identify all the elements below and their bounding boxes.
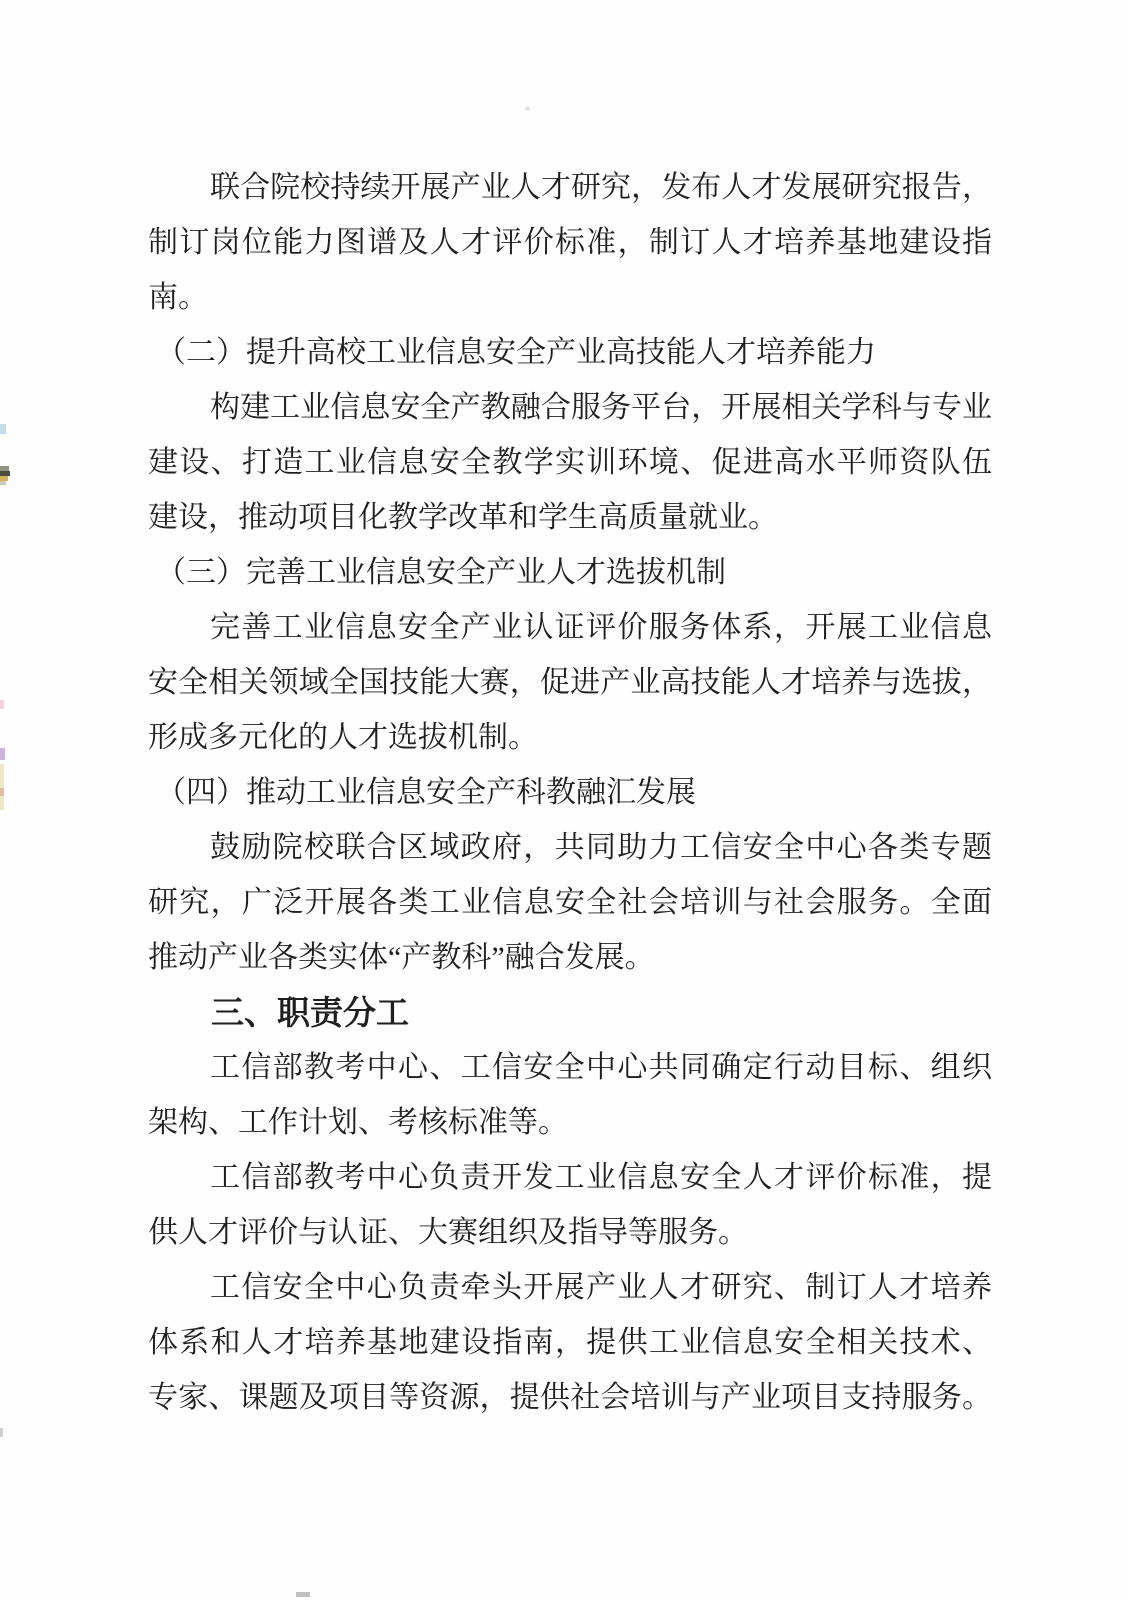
paragraph-line: 架构、工作计划、考核标准等。 [148,1095,992,1150]
scan-artifact [0,764,4,810]
document-text: 联合院校持续开展产业人才研究，发布人才发展研究报告， 制订岗位能力图谱及人才评价… [148,160,992,1425]
paragraph-line: 南。 [148,270,992,325]
paragraph-line: 工信安全中心负责牵头开展产业人才研究、制订人才培养 [148,1260,992,1315]
scan-artifact [0,424,6,434]
scan-artifact [0,471,10,476]
section-heading-3: （三）完善工业信息安全产业人才选拔机制 [148,545,992,600]
scan-artifact [0,476,8,481]
paragraph-line: 工信部教考中心负责开发工业信息安全人才评价标准，提 [148,1150,992,1205]
paragraph-line: 联合院校持续开展产业人才研究，发布人才发展研究报告， [148,160,992,215]
paragraph-line: 体系和人才培养基地建设指南，提供工业信息安全相关技术、 [148,1315,992,1370]
scan-artifact [0,1428,3,1437]
scan-artifact [0,481,6,485]
paragraph-line: 工信部教考中心、工信安全中心共同确定行动目标、组织 [148,1040,992,1095]
scan-artifact [0,466,9,471]
scan-artifact [0,788,4,796]
scanned-page: 联合院校持续开展产业人才研究，发布人才发展研究报告， 制订岗位能力图谱及人才评价… [0,0,1129,1600]
paragraph-line: 推动产业各类实体“产教科”融合发展。 [148,930,992,985]
paragraph-line: 形成多元化的人才选拔机制。 [148,710,992,765]
scan-artifact [525,106,530,111]
scan-artifact [296,1592,310,1597]
scan-artifact [0,748,5,760]
paragraph-line: 完善工业信息安全产业认证评价服务体系，开展工业信息 [148,600,992,655]
section-heading-4: （四）推动工业信息安全产科教融汇发展 [148,765,992,820]
paragraph-line: 鼓励院校联合区域政府，共同助力工信安全中心各类专题 [148,820,992,875]
paragraph-line: 供人才评价与认证、大赛组织及指导等服务。 [148,1205,992,1260]
paragraph-line: 制订岗位能力图谱及人才评价标准，制订人才培养基地建设指 [148,215,992,270]
paragraph-line: 建设，推动项目化教学改革和学生高质量就业。 [148,490,992,545]
paragraph-line: 建设、打造工业信息安全教学实训环境、促进高水平师资队伍 [148,435,992,490]
paragraph-line: 构建工业信息安全产教融合服务平台，开展相关学科与专业 [148,380,992,435]
chapter-title: 三、职责分工 [148,985,992,1040]
paragraph-line: 研究，广泛开展各类工业信息安全社会培训与社会服务。全面 [148,875,992,930]
scan-artifact [0,700,4,709]
paragraph-line: 专家、课题及项目等资源，提供社会培训与产业项目支持服务。 [148,1370,992,1425]
section-heading-2: （二）提升高校工业信息安全产业高技能人才培养能力 [148,325,992,380]
paragraph-line: 安全相关领域全国技能大赛，促进产业高技能人才培养与选拔， [148,655,992,710]
